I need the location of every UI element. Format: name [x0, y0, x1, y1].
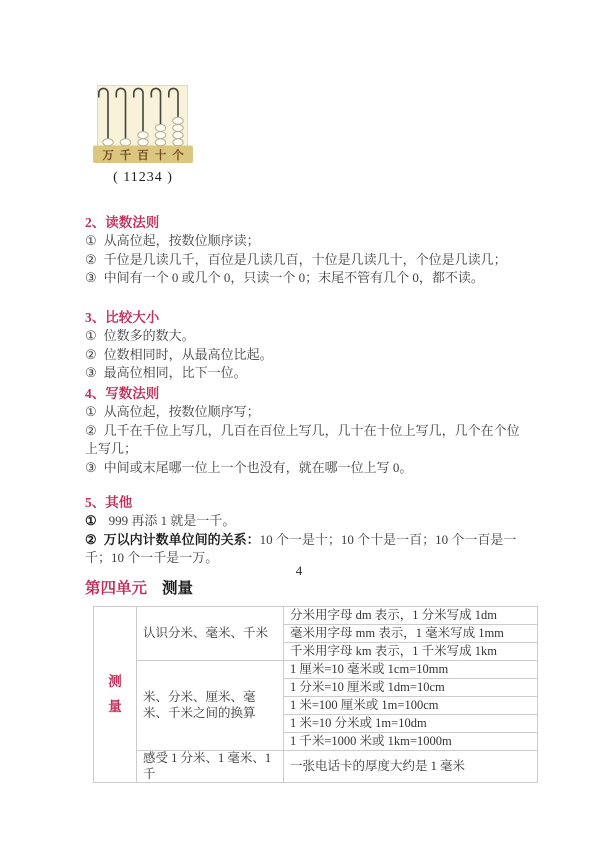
- category-cell: 感受 1 分米、1 毫米、1 千: [137, 751, 284, 783]
- svg-text:个: 个: [172, 148, 184, 162]
- table-row: 米、分米、厘米、毫米、千米之间的换算 1 厘米=10 毫米或 1cm=10mm: [94, 661, 538, 679]
- item-marker: ②: [85, 423, 97, 438]
- rule-item: ②几千在千位上写几，几百在百位上写几，几十在十位上写几，几个在个位上写几；: [85, 422, 523, 459]
- section-other: 5、其他 ①999 再添 1 就是一千。 ②万以内计数单位间的关系：10 个一是…: [85, 494, 523, 568]
- table-row: 测 量 认识分米、毫米、千米 分米用字母 dm 表示，1 分米写成 1dm: [94, 607, 538, 625]
- section-heading: 5、其他: [85, 494, 523, 512]
- item-marker: ③: [85, 270, 97, 285]
- page-number: 4: [85, 562, 513, 580]
- rule-item: ①999 再添 1 就是一千。: [85, 512, 523, 531]
- item-text: 位数相同时，从最高位比起。: [104, 347, 273, 362]
- detail-cell: 1 米=10 分米或 1m=10dm: [284, 715, 538, 733]
- abacus-image: 万千百十个: [89, 72, 197, 166]
- section-heading: 2、读数法则: [85, 214, 523, 232]
- vertical-label: 测 量: [100, 675, 130, 714]
- item-text: 最高位相同，比下一位。: [104, 365, 247, 380]
- document-page: 万千百十个 ( 11234 ) 2、读数法则 ①从高位起，按数位顺序读； ②千位…: [0, 0, 596, 842]
- svg-text:百: 百: [137, 148, 149, 162]
- rule-item: ②位数相同时，从最高位比起。: [85, 346, 523, 365]
- section-reading-rules: 2、读数法则 ①从高位起，按数位顺序读； ②千位是几读几千，百位是几读几百，十位…: [85, 214, 523, 288]
- rule-item: ②千位是几读几千，百位是几读几百，十位是几读几十，个位是几读几；: [85, 251, 523, 270]
- item-marker: ②: [85, 347, 97, 362]
- item-text: 几千在千位上写几，几百在百位上写几，几十在十位上写几，几个在个位上写几；: [85, 423, 520, 457]
- item-bold-text: 万以内计数单位间的关系：: [104, 532, 260, 547]
- section-heading: 3、比较大小: [85, 309, 523, 327]
- unit-heading: 第四单元测量: [85, 579, 193, 599]
- detail-cell: 1 千米=1000 米或 1km=1000m: [284, 733, 538, 751]
- svg-text:千: 千: [120, 148, 132, 162]
- item-marker: ②: [85, 532, 97, 547]
- rule-item: ③最高位相同，比下一位。: [85, 364, 523, 383]
- rule-item: ①位数多的数大。: [85, 327, 523, 346]
- rule-item: ③中间有一个 0 或几个 0，只读一个 0；末尾不管有几个 0，都不读。: [85, 269, 523, 288]
- section-writing-rules: 4、写数法则 ①从高位起，按数位顺序写； ②几千在千位上写几，几百在百位上写几，…: [85, 385, 523, 477]
- abacus-caption: ( 11234 ): [89, 169, 197, 187]
- item-text: 中间或末尾哪一位上一个也没有，就在哪一位上写 0。: [104, 460, 413, 475]
- item-marker: ①: [85, 404, 97, 419]
- rule-item: ①从高位起，按数位顺序写；: [85, 403, 523, 422]
- vertical-label-char: 测: [108, 675, 122, 689]
- item-marker: ①: [85, 233, 97, 248]
- item-text: 从高位起，按数位顺序写；: [104, 404, 260, 419]
- item-text: 位数多的数大。: [104, 328, 195, 343]
- section-compare-size: 3、比较大小 ①位数多的数大。 ②位数相同时，从最高位比起。 ③最高位相同，比下…: [85, 309, 523, 383]
- item-text: 999 再添 1 就是一千。: [109, 513, 236, 528]
- item-text: 从高位起，按数位顺序读；: [104, 233, 260, 248]
- item-text: 千位是几读几千，百位是几读几百，十位是几读几十，个位是几读几；: [104, 252, 507, 267]
- item-text: 中间有一个 0 或几个 0，只读一个 0；末尾不管有几个 0，都不读。: [104, 270, 484, 285]
- table-row-label-cell: 测 量: [94, 607, 137, 783]
- detail-cell: 千米用字母 km 表示，1 千米写成 1km: [284, 643, 538, 661]
- svg-text:十: 十: [155, 148, 167, 162]
- measurement-table: 测 量 认识分米、毫米、千米 分米用字母 dm 表示，1 分米写成 1dm 毫米…: [93, 606, 538, 783]
- abacus-figure: 万千百十个 ( 11234 ): [89, 72, 197, 187]
- rule-item: ①从高位起，按数位顺序读；: [85, 232, 523, 251]
- detail-cell: 1 厘米=10 毫米或 1cm=10mm: [284, 661, 538, 679]
- item-marker: ①: [85, 513, 97, 528]
- detail-cell: 分米用字母 dm 表示，1 分米写成 1dm: [284, 607, 538, 625]
- detail-cell: 一张电话卡的厚度大约是 1 毫米: [284, 751, 538, 783]
- unit-title: 测量: [162, 580, 193, 597]
- item-marker: ②: [85, 252, 97, 267]
- section-heading: 4、写数法则: [85, 385, 523, 403]
- detail-cell: 1 分米=10 厘米或 1dm=10cm: [284, 679, 538, 697]
- svg-text:万: 万: [102, 149, 114, 162]
- vertical-label-char: 量: [108, 700, 122, 714]
- item-marker: ①: [85, 328, 97, 343]
- rule-item: ③中间或末尾哪一位上一个也没有，就在哪一位上写 0。: [85, 459, 523, 478]
- detail-cell: 毫米用字母 mm 表示，1 毫米写成 1mm: [284, 625, 538, 643]
- detail-cell: 1 米=100 厘米或 1m=100cm: [284, 697, 538, 715]
- category-cell: 认识分米、毫米、千米: [137, 607, 284, 661]
- category-cell: 米、分米、厘米、毫米、千米之间的换算: [137, 661, 284, 751]
- item-marker: ③: [85, 460, 97, 475]
- table-row: 感受 1 分米、1 毫米、1 千 一张电话卡的厚度大约是 1 毫米: [94, 751, 538, 783]
- unit-label: 第四单元: [85, 580, 147, 597]
- item-marker: ③: [85, 365, 97, 380]
